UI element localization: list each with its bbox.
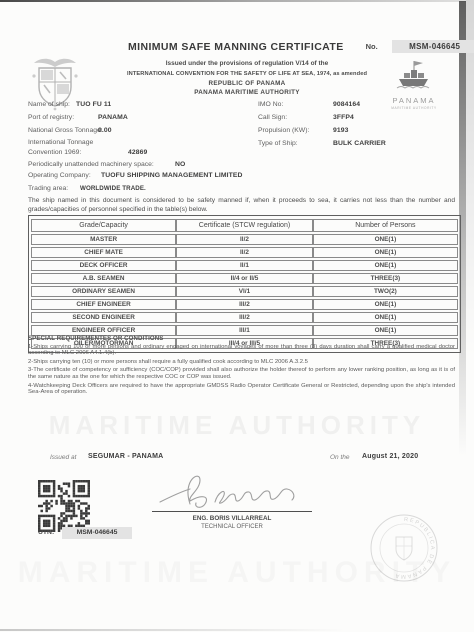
field-label: Name of ship: bbox=[28, 101, 70, 108]
cell-certificate: III/2 bbox=[176, 312, 313, 323]
table-header-row: Grade/Capacity Certificate (STCW regulat… bbox=[31, 219, 458, 232]
field-value: TUO FU 11 bbox=[76, 101, 111, 108]
scan-edge-right-outer bbox=[466, 0, 474, 420]
cell-grade: SECOND ENGINEER bbox=[31, 312, 176, 323]
field-label: Periodically unattended machinery space: bbox=[28, 161, 154, 168]
special-requirement-item: 4-Watchkeeping Deck Officers are require… bbox=[28, 383, 455, 397]
authority-line: PANAMA MARITIME AUTHORITY bbox=[103, 89, 391, 96]
field-label: Type of Ship: bbox=[258, 140, 298, 147]
table-row: A.B. SEAMEN II/4 or II/5 THREE(3) bbox=[31, 273, 458, 284]
issued-at-label: Issued at bbox=[50, 454, 76, 461]
table-row: CHIEF MATE II/2 ONE(1) bbox=[31, 247, 458, 258]
signatory-title: TECHNICAL OFFICER bbox=[142, 524, 322, 530]
table-row: CHIEF ENGINEER III/2 ONE(1) bbox=[31, 299, 458, 310]
field-value: 3FFP4 bbox=[333, 114, 354, 121]
on-the-label: On the bbox=[330, 454, 350, 461]
field-value: 9193 bbox=[333, 127, 349, 134]
header-grade: Grade/Capacity bbox=[31, 219, 176, 232]
issued-under-line: Issued under the provisions of regulatio… bbox=[103, 60, 391, 67]
cell-certificate: II/2 bbox=[176, 234, 313, 245]
certificate-page: MARITIME AUTHORITY MARITIME AUTHORITY MI… bbox=[0, 0, 474, 632]
manning-table: Grade/Capacity Certificate (STCW regulat… bbox=[28, 215, 461, 353]
field-label-line2: Convention 1969: bbox=[28, 149, 81, 156]
intro-paragraph: The ship named in this document is consi… bbox=[28, 197, 455, 214]
cell-certificate: III/2 bbox=[176, 299, 313, 310]
watermark-text: MARITIME AUTHORITY bbox=[0, 410, 474, 441]
cell-grade: CHIEF ENGINEER bbox=[31, 299, 176, 310]
special-requirements-section: SPECIAL REQUIREMENTES OR CONDITIONS 1-Sh… bbox=[28, 335, 455, 398]
field-label: Propulsion (KW): bbox=[258, 127, 309, 134]
special-requirements-title: SPECIAL REQUIREMENTES OR CONDITIONS bbox=[28, 335, 455, 342]
scan-edge-bottom bbox=[0, 629, 345, 631]
logo-subtitle-text: MARITIME AUTHORITY bbox=[386, 106, 442, 110]
header-persons: Number of Persons bbox=[313, 219, 458, 232]
field-label-line1: International Tonnage bbox=[28, 139, 93, 146]
field-value: PANAMA bbox=[98, 114, 128, 121]
title-row: MINIMUM SAFE MANNING CERTIFICATE No. MSM… bbox=[128, 40, 474, 53]
cell-certificate: II/2 bbox=[176, 247, 313, 258]
cell-persons: ONE(1) bbox=[313, 247, 458, 258]
scan-edge-top bbox=[0, 0, 474, 2]
field-value: WORLDWIDE TRADE. bbox=[80, 185, 146, 192]
field-label: Port of registry: bbox=[28, 114, 74, 121]
field-label: IMO No: bbox=[258, 101, 283, 108]
cell-persons: ONE(1) bbox=[313, 234, 458, 245]
utn-label: UTN: bbox=[38, 529, 54, 536]
cell-persons: ONE(1) bbox=[313, 312, 458, 323]
republic-line: REPUBLIC OF PANAMA bbox=[103, 80, 391, 87]
cell-grade: A.B. SEAMEN bbox=[31, 273, 176, 284]
special-requirement-item: 1-Ships carrying 100 or more persons and… bbox=[28, 344, 455, 358]
utn-number-box: MSM-046645 bbox=[62, 527, 132, 539]
field-value: BULK CARRIER bbox=[333, 140, 386, 147]
field-value: 0.00 bbox=[98, 127, 112, 134]
issued-at-value: SEGUMAR - PANAMA bbox=[88, 453, 163, 460]
table-row: MASTER II/2 ONE(1) bbox=[31, 234, 458, 245]
field-label: National Gross Tonnage: bbox=[28, 127, 103, 134]
logo-panama-text: PANAMA bbox=[386, 96, 442, 105]
convention-line: INTERNATIONAL CONVENTION FOR THE SAFETY … bbox=[103, 71, 391, 77]
issue-date-value: August 21, 2020 bbox=[362, 453, 418, 460]
header-lines: Issued under the provisions of regulatio… bbox=[103, 60, 391, 96]
table-row: ORDINARY SEAMEN VI/1 TWO(2) bbox=[31, 286, 458, 297]
cell-grade: CHIEF MATE bbox=[31, 247, 176, 258]
qr-code-icon bbox=[38, 480, 90, 532]
field-value: NO bbox=[175, 161, 185, 168]
table-row: SECOND ENGINEER III/2 ONE(1) bbox=[31, 312, 458, 323]
field-value: 9084164 bbox=[333, 101, 360, 108]
cell-persons: ONE(1) bbox=[313, 260, 458, 271]
certificate-no-label: No. bbox=[366, 42, 378, 51]
cell-grade: DECK OFFICER bbox=[31, 260, 176, 271]
field-label: Trading area: bbox=[28, 185, 68, 192]
cell-grade: ORDINARY SEAMEN bbox=[31, 286, 176, 297]
official-seal-stamp-icon: REPUBLICA DE PANAMA bbox=[367, 511, 441, 585]
cell-certificate: VI/1 bbox=[176, 286, 313, 297]
field-value: TUOFU SHIPPING MANAGEMENT LIMITED bbox=[101, 172, 243, 179]
certificate-number-box: MSM-046645 bbox=[392, 40, 474, 53]
table-row: DECK OFFICER II/1 ONE(1) bbox=[31, 260, 458, 271]
ship-logo-icon bbox=[395, 58, 433, 90]
signature-autograph bbox=[158, 468, 308, 512]
field-value: 42869 bbox=[128, 149, 147, 156]
cell-grade: MASTER bbox=[31, 234, 176, 245]
cell-certificate: II/4 or II/5 bbox=[176, 273, 313, 284]
cell-persons: THREE(3) bbox=[313, 273, 458, 284]
special-requirement-item: 2-Ships carrying ten (10) or more person… bbox=[28, 359, 455, 366]
cell-persons: ONE(1) bbox=[313, 299, 458, 310]
signatory-name: ENG. BORIS VILLARREAL bbox=[142, 515, 322, 522]
certificate-title: MINIMUM SAFE MANNING CERTIFICATE bbox=[128, 41, 344, 53]
header-certificate: Certificate (STCW regulation) bbox=[176, 219, 313, 232]
cell-certificate: II/1 bbox=[176, 260, 313, 271]
panama-maritime-authority-logo: PANAMA MARITIME AUTHORITY bbox=[386, 58, 442, 110]
signature-line bbox=[152, 511, 312, 512]
cell-persons: TWO(2) bbox=[313, 286, 458, 297]
field-label: Operating Company: bbox=[28, 172, 91, 179]
field-label: Call Sign: bbox=[258, 114, 287, 121]
special-requirement-item: 3-The certificate of competency or suffi… bbox=[28, 367, 455, 381]
